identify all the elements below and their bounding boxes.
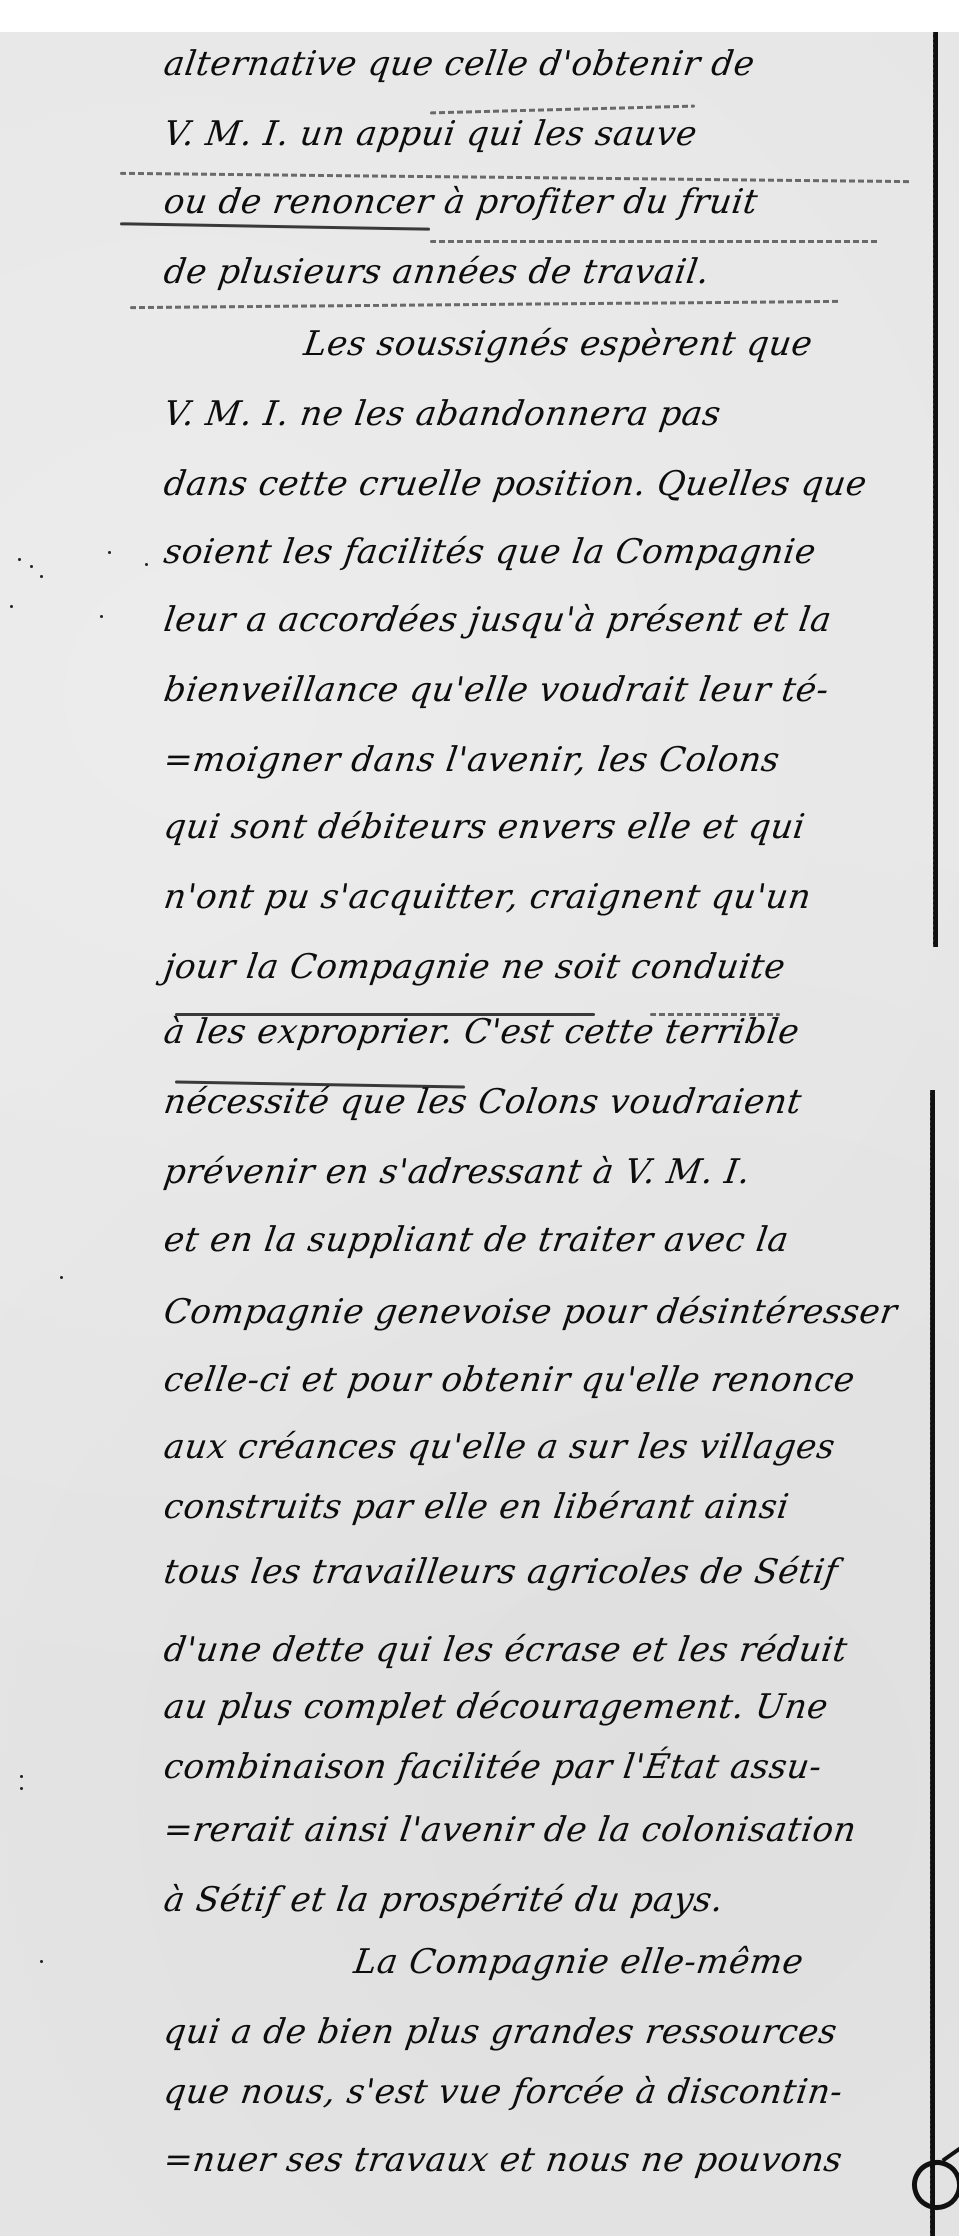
binding-cord-upper [933, 32, 938, 947]
text-line-15: à les exproprier. C'est cette terrible [160, 1002, 928, 1062]
ink-speck [30, 565, 33, 568]
underline-line-3b [430, 240, 880, 243]
text-line-13: n'ont pu s'acquitter, craignent qu'un [160, 867, 928, 927]
text-line-4: de plusieurs années de travail. [160, 242, 928, 302]
text-line-24: d'une dette qui les écrase et les réduit [160, 1620, 928, 1680]
text-line-8: soient les facilités que la Compagnie [160, 522, 928, 582]
text-line-12: qui sont débiteurs envers elle et qui [160, 797, 928, 857]
text-line-32: =nuer ses travaux et nous ne pouvons [160, 2130, 928, 2190]
underline-line-14b [650, 1013, 780, 1016]
text-line-2: V. M. I. un appui qui les sauve [160, 104, 928, 164]
text-line-1: alternative que celle d'obtenir de [160, 34, 928, 94]
text-line-18: et en la suppliant de traiter avec la [160, 1210, 928, 1270]
text-line-29: La Compagnie elle-même [160, 1932, 928, 1992]
text-line-17: prévenir en s'adressant à V. M. I. [160, 1142, 928, 1202]
text-line-10: bienveillance qu'elle voudrait leur té- [160, 660, 928, 720]
text-line-14: jour la Compagnie ne soit conduite [160, 937, 928, 997]
text-line-19: Compagnie genevoise pour désintéresser [160, 1282, 928, 1342]
ink-speck [100, 615, 103, 618]
underline-line-14a [175, 1013, 595, 1016]
binding-cord-lower [930, 1090, 935, 2236]
ink-speck [10, 605, 13, 608]
text-line-21: aux créances qu'elle a sur les villages [160, 1417, 928, 1477]
text-line-16: nécessité que les Colons voudraient [160, 1072, 928, 1132]
text-line-20: celle-ci et pour obtenir qu'elle renonce [160, 1350, 928, 1410]
ink-speck [145, 563, 148, 566]
text-line-7: dans cette cruelle position. Quelles que [160, 454, 928, 514]
text-line-22: construits par elle en libérant ainsi [160, 1477, 928, 1537]
text-line-9: leur a accordées jusqu'à présent et la [160, 590, 928, 650]
ink-speck [108, 551, 111, 554]
text-line-28: à Sétif et la prospérité du pays. [160, 1870, 928, 1930]
text-line-30: qui a de bien plus grandes ressources [160, 2002, 928, 2062]
text-line-6: V. M. I. ne les abandonnera pas [160, 384, 928, 444]
scan-top-margin [0, 0, 959, 32]
ink-speck [40, 1960, 43, 1963]
text-line-26: combinaison facilitée par l'État assu- [160, 1737, 928, 1797]
ink-speck [18, 558, 21, 561]
ink-speck [20, 1787, 23, 1790]
text-line-5: Les soussignés espèrent que [160, 314, 928, 374]
text-line-27: =rerait ainsi l'avenir de la colonisatio… [160, 1800, 928, 1860]
text-line-11: =moigner dans l'avenir, les Colons [160, 730, 928, 790]
ink-speck [60, 1276, 63, 1279]
ink-speck [20, 1775, 23, 1778]
text-line-31: que nous, s'est vue forcée à discontin- [160, 2062, 928, 2122]
text-line-25: au plus complet découragement. Une [160, 1677, 928, 1737]
ink-speck [40, 575, 43, 578]
text-line-23: tous les travailleurs agricoles de Sétif [160, 1542, 928, 1602]
